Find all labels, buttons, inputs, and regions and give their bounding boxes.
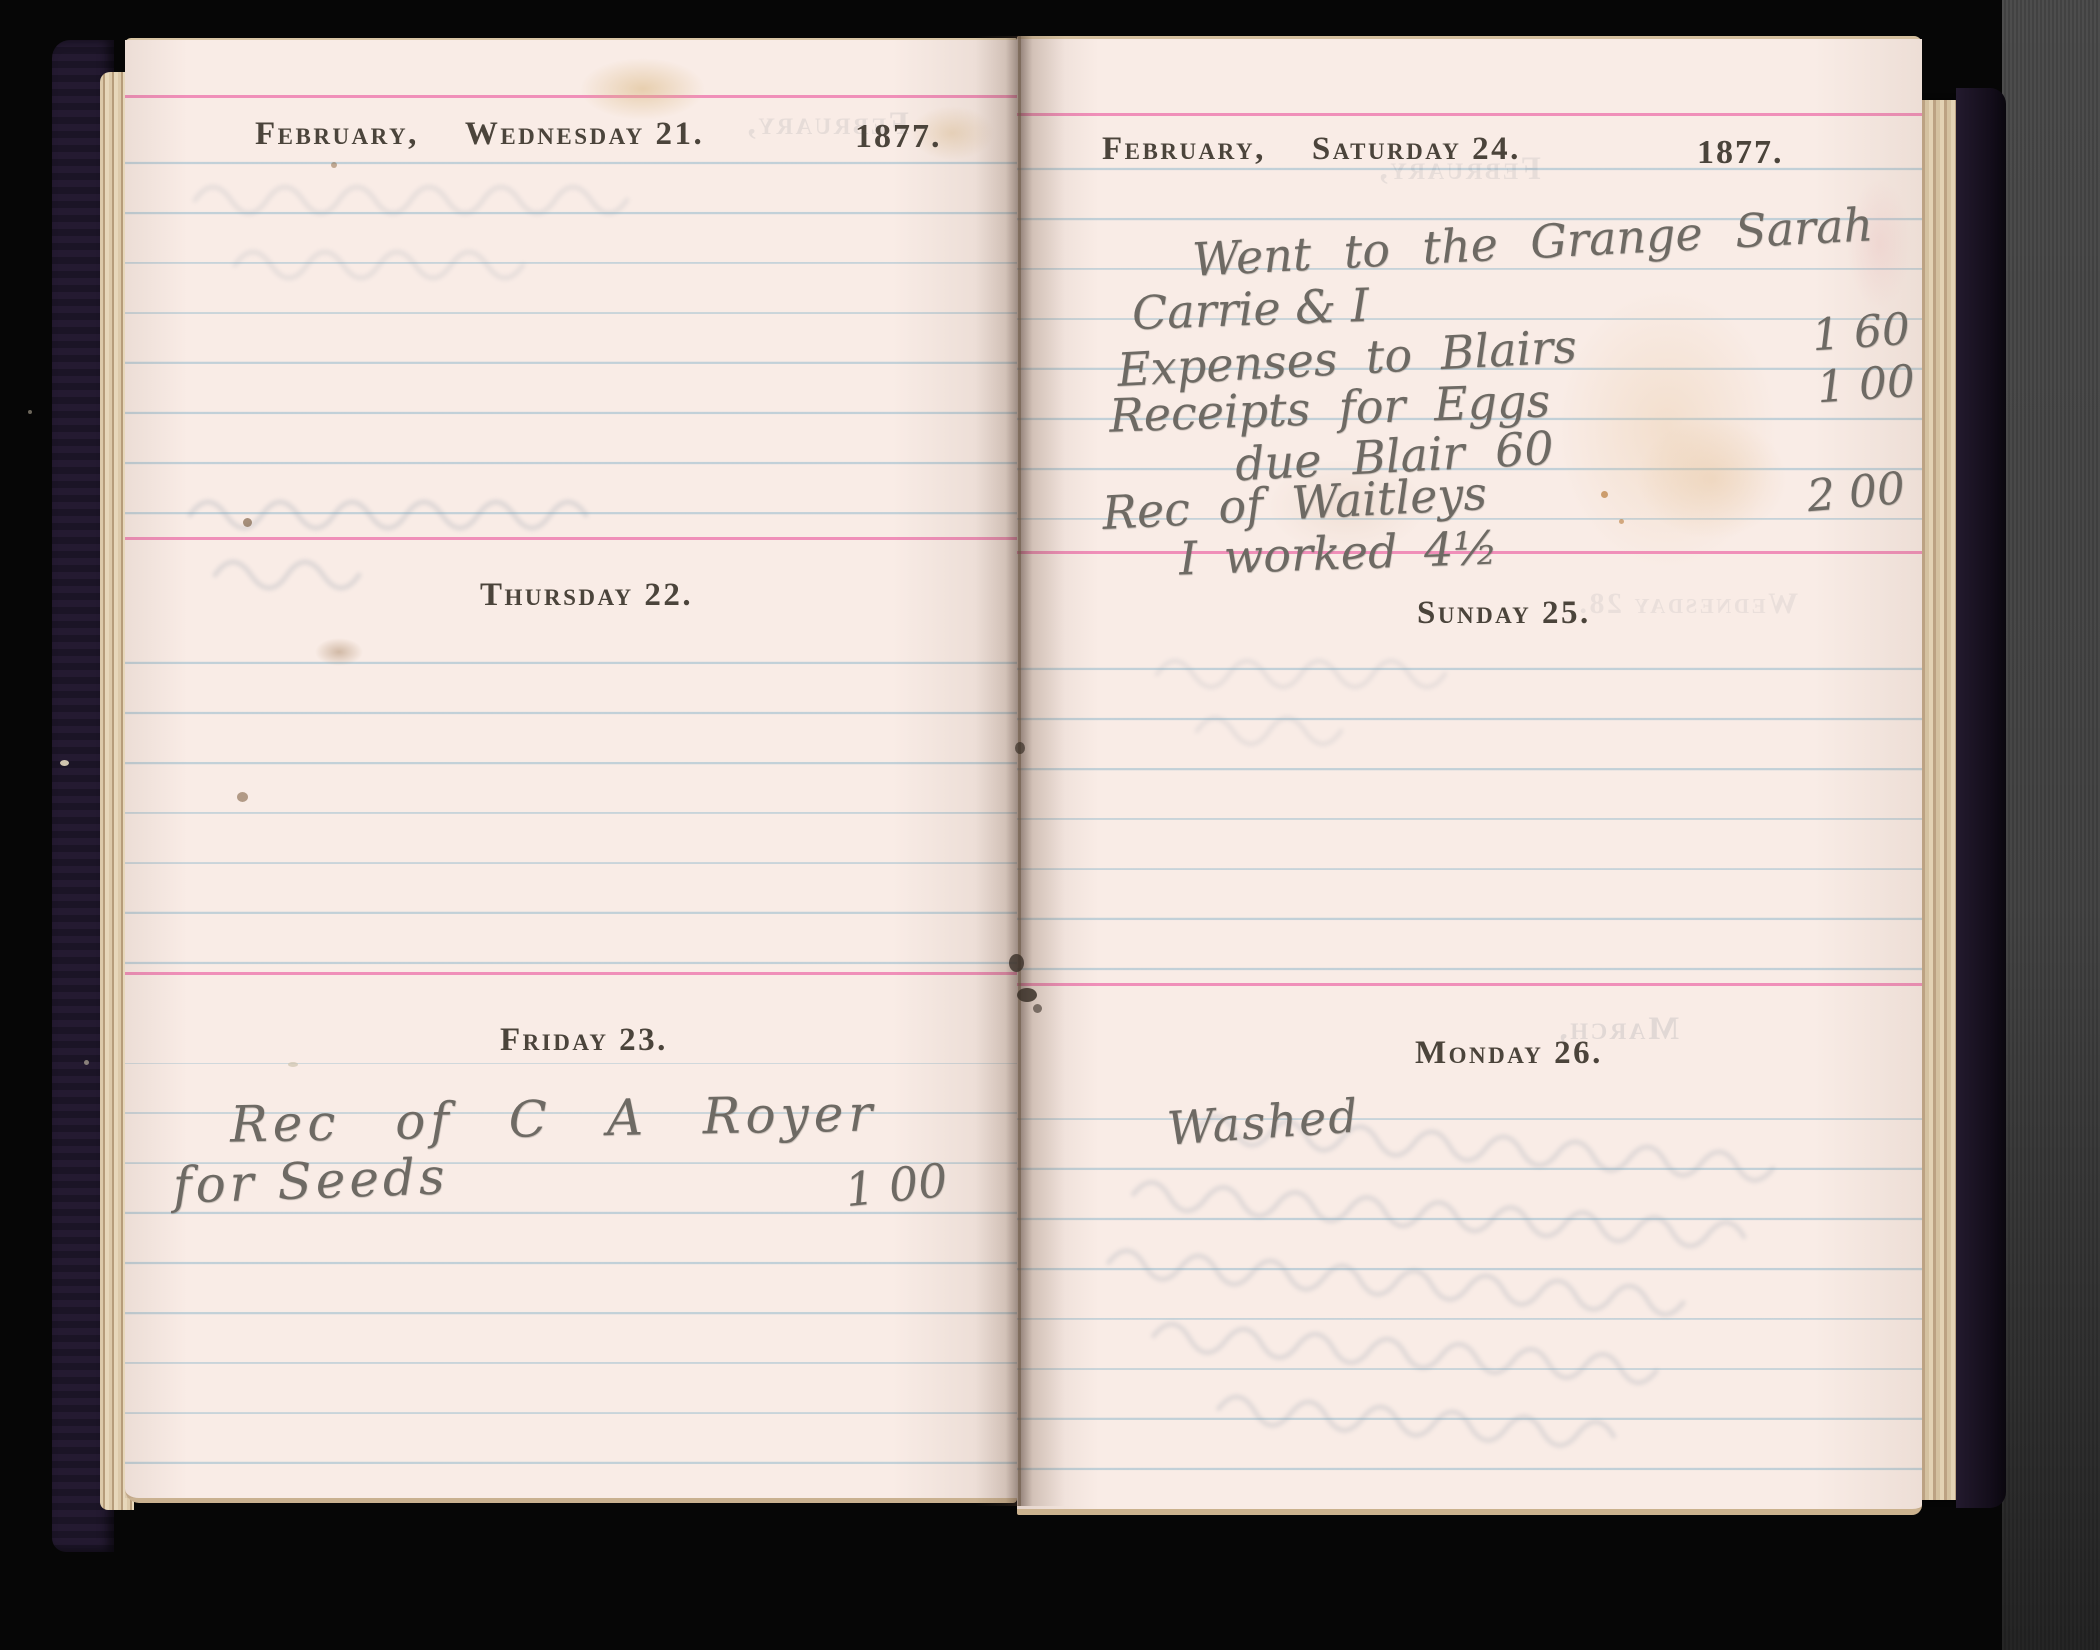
dust-speck — [288, 1062, 298, 1067]
diary-entry-handwriting: I worked 4½ — [1178, 520, 1499, 585]
diary-entry-handwriting: Went to the Grange Sarah — [1191, 197, 1874, 287]
year-label: 1877. — [1697, 134, 1784, 172]
date-header-saturday-24: February, Saturday 24. — [1102, 131, 1521, 168]
day-label: Wednesday 21. — [465, 116, 704, 153]
diary-scan: February, February, Wednesday 21. 1877. … — [0, 0, 2100, 1650]
diary-page-right: February, Wednesday 28. March, February, — [1017, 36, 1922, 1515]
ghost-text: Wednesday 28. — [1577, 587, 1798, 621]
amount-handwriting: 1 00 — [1815, 356, 1916, 414]
diary-page-left: February, February, Wednesday 21. 1877. … — [125, 38, 1017, 1503]
diary-entry-handwriting: for Seeds — [172, 1147, 449, 1215]
date-header-friday-23: Friday 23. — [500, 1022, 668, 1059]
date-header-wednesday-21: February, Wednesday 21. — [255, 116, 704, 153]
scanner-background — [2002, 0, 2100, 1650]
month-label: February, — [255, 116, 419, 153]
margin-line — [1017, 113, 1922, 116]
margin-line — [125, 972, 1017, 975]
margin-line — [1017, 983, 1922, 986]
dust-speck — [60, 760, 69, 766]
stain — [1637, 419, 1787, 539]
stain — [1557, 289, 1777, 569]
year-label: 1877. — [855, 118, 942, 156]
amount-handwriting: 1 00 — [842, 1153, 950, 1217]
stain — [315, 638, 363, 666]
book-cover-right-edge — [1956, 88, 2006, 1508]
margin-line — [125, 95, 1017, 98]
date-header-thursday-22: Thursday 22. — [480, 577, 693, 614]
date-header-sunday-25: Sunday 25. — [1417, 595, 1591, 632]
ghost-writing — [185, 160, 765, 310]
dust-speck — [28, 410, 32, 414]
diary-entry-handwriting: Rec of C A Royer — [230, 1084, 878, 1153]
amount-handwriting: 1 60 — [1810, 304, 1911, 362]
ghost-writing — [1067, 1109, 1907, 1489]
day-label: Saturday 24. — [1312, 131, 1521, 168]
dust-speck — [84, 1060, 89, 1065]
stain — [1601, 491, 1608, 498]
month-label: February, — [1102, 131, 1266, 168]
amount-handwriting: 2 00 — [1805, 463, 1907, 522]
stain — [1619, 519, 1624, 524]
ghost-writing — [1137, 639, 1577, 769]
date-header-monday-26: Monday 26. — [1415, 1035, 1603, 1072]
scanner-shadow — [2002, 0, 2100, 1650]
stain — [237, 792, 248, 802]
